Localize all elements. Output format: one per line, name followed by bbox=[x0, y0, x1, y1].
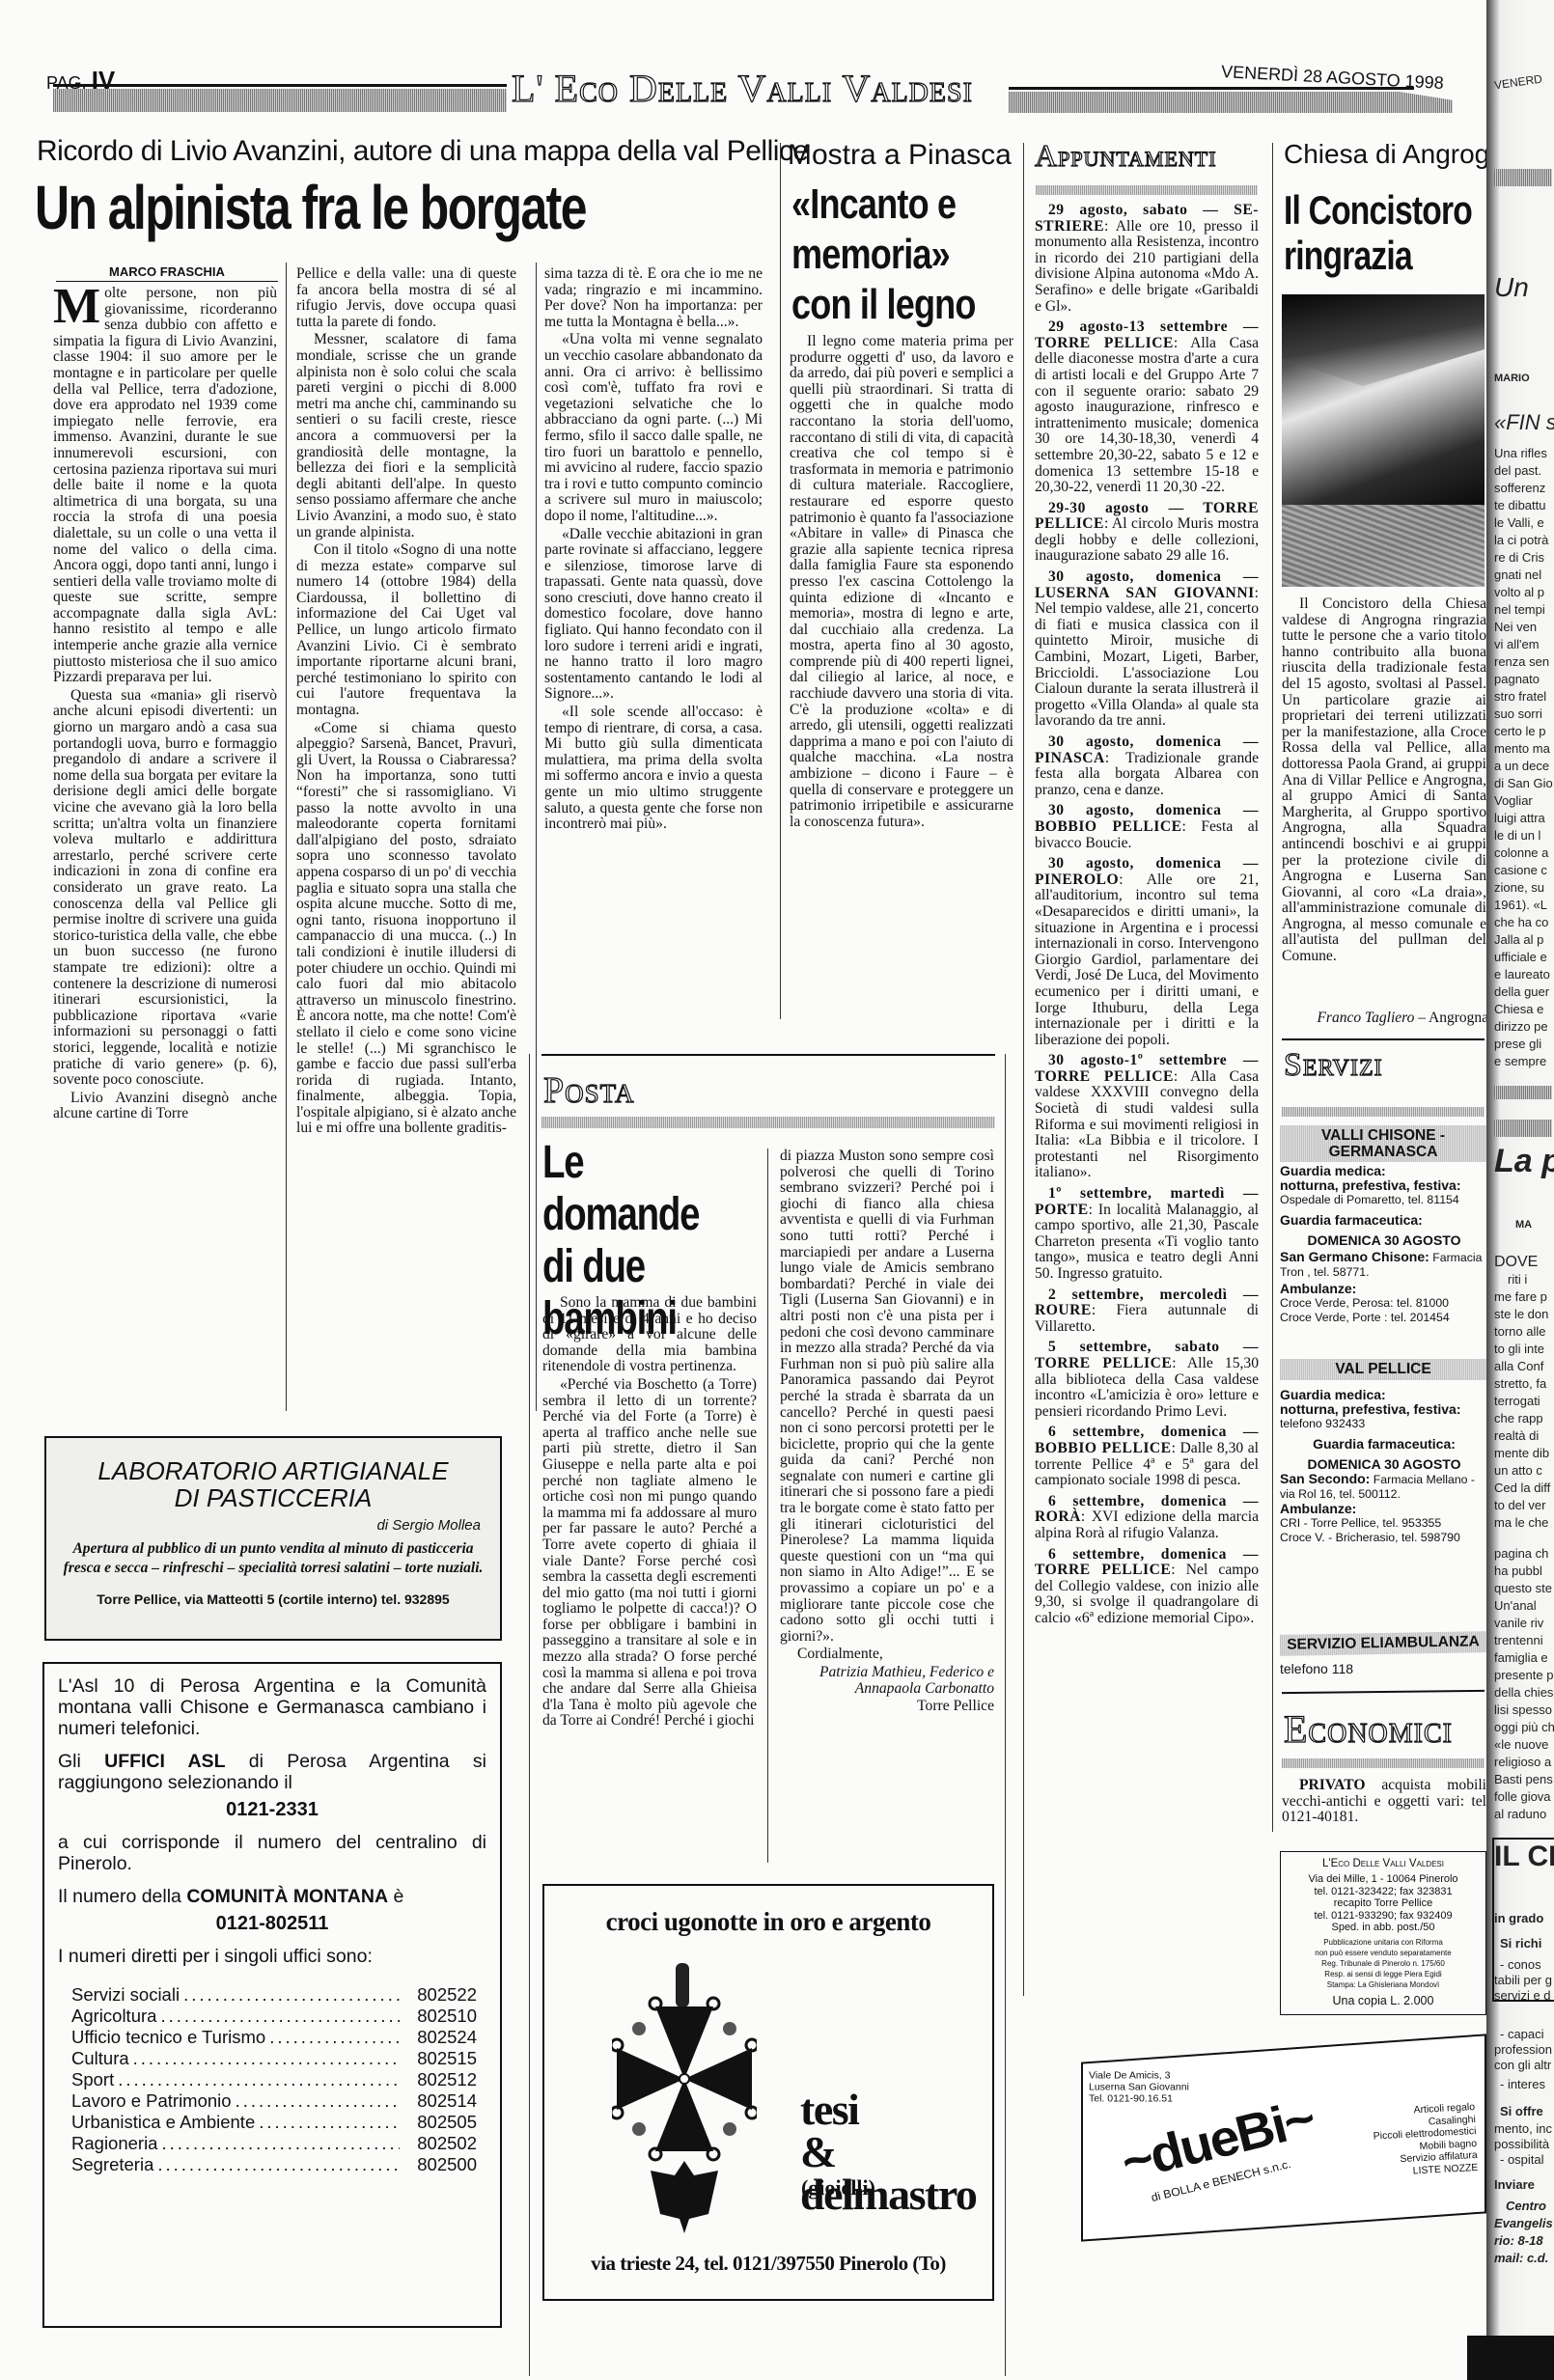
comunita-phone-number: 0121-802511 bbox=[58, 1913, 486, 1934]
section-label-appuntamenti: Appuntamenti bbox=[1035, 138, 1217, 174]
next-page-text-fragment: gnati nel bbox=[1494, 567, 1541, 582]
event-item: 30 agosto, domenica — LUSERNA SAN GIOVAN… bbox=[1035, 569, 1259, 730]
article-signature: Franco Tagliero – Angrogna bbox=[1284, 1010, 1488, 1027]
next-page-text-fragment: 1961). «L bbox=[1494, 898, 1547, 912]
value: Ospedale di Pomaretto, tel. 81154 bbox=[1280, 1193, 1488, 1207]
paragraph: Il legno come materia prima per produrre… bbox=[790, 334, 1013, 830]
next-page-text-fragment: renza sen bbox=[1494, 654, 1549, 669]
next-page-text-fragment: un atto c bbox=[1494, 1463, 1542, 1478]
article-column-3: sima tazza di tè. È ora che io me ne vad… bbox=[544, 266, 763, 1019]
directory-row: Servizi sociali.........................… bbox=[58, 1984, 486, 2006]
office-name: Cultura bbox=[71, 2048, 129, 2069]
office-name: Ufficio tecnico e Turismo bbox=[71, 2027, 265, 2048]
event-place: LUSERNA SAN GIOVANNI bbox=[1035, 585, 1255, 601]
event-item: 30 agosto, domenica — PINASCA: Tradizion… bbox=[1035, 734, 1259, 798]
signature-name: Franco Tagliero bbox=[1317, 1010, 1414, 1026]
event-item: 6 settembre, domenica — TORRE PELLICE: N… bbox=[1035, 1547, 1259, 1627]
event-place: STRIERE bbox=[1035, 218, 1104, 235]
next-page-text-fragment: Si offre bbox=[1500, 2104, 1543, 2118]
next-page-text-fragment: terrogati bbox=[1494, 1394, 1540, 1408]
ad-title: LABORATORIO ARTIGIANALE bbox=[97, 1456, 448, 1485]
next-page-text-fragment: stro fratel bbox=[1494, 689, 1546, 704]
next-page-text-fragment: alla Conf bbox=[1494, 1359, 1543, 1373]
paragraph: olte persone, non più giovanissime, rico… bbox=[53, 286, 277, 685]
label: Ambulanze: bbox=[1280, 1282, 1488, 1296]
ad-asl-phone-numbers: L'Asl 10 di Perosa Argentina e la Comuni… bbox=[42, 1662, 502, 2328]
colophon-small: Stampa: La Ghisleriana Mondovì bbox=[1281, 1979, 1485, 1990]
next-page-text-fragment: volto al p bbox=[1494, 585, 1544, 599]
next-page-byline-fragment: MA bbox=[1515, 1218, 1532, 1232]
column-divider bbox=[1023, 143, 1024, 1996]
next-page-text-fragment: Chiesa e bbox=[1494, 1002, 1543, 1016]
event-place: BOBBIO PELLICE bbox=[1035, 818, 1182, 835]
colophon-small: Reg. Tribunale di Pinerolo n. 175/60 bbox=[1281, 1958, 1485, 1969]
servizi-header-valli: VALLI CHISONE - GERMANASCA bbox=[1280, 1125, 1486, 1162]
article-column-2: Pellice e della valle: una di queste fa … bbox=[296, 266, 516, 1405]
label: Ambulanze: bbox=[1280, 1502, 1488, 1516]
text-bold: COMUNITÀ MONTANA bbox=[186, 1886, 388, 1907]
office-name: Urbanistica e Ambiente bbox=[71, 2112, 255, 2133]
next-page-text-fragment: al raduno bbox=[1494, 1807, 1546, 1821]
event-item: 30 agosto-1º settembre — TORRE PELLICE: … bbox=[1035, 1053, 1259, 1181]
next-page-text-fragment: religioso a bbox=[1494, 1755, 1551, 1769]
paragraph: «Perché via Boschetto (a Torre) sembra i… bbox=[542, 1377, 757, 1730]
next-page-text-fragment: Evangelis bbox=[1494, 2216, 1553, 2230]
office-name: Segreteria bbox=[71, 2154, 153, 2175]
notice-text: a cui corrisponde il numero del centrali… bbox=[58, 1832, 486, 1874]
value: telefono 932433 bbox=[1280, 1417, 1488, 1431]
address-line: Viale De Amicis, 3 bbox=[1089, 2069, 1189, 2081]
next-page-text-fragment: Vogliar bbox=[1494, 793, 1533, 808]
masthead-rule-left bbox=[53, 84, 507, 87]
next-page-edge: VENERD Un MARIO «FIN soc Una rifles del … bbox=[1486, 0, 1554, 2380]
next-page-text-fragment: luigi attra bbox=[1494, 811, 1545, 825]
text: Il numero della bbox=[58, 1886, 186, 1907]
event-date: 30 agosto, domenica — bbox=[1048, 568, 1259, 585]
office-number: 802522 bbox=[400, 1984, 477, 2006]
ad-owner: di Sergio Mollea bbox=[46, 1517, 500, 1534]
section-bar bbox=[541, 1117, 995, 1128]
event-date: 6 settembre, domenica — bbox=[1048, 1546, 1259, 1563]
article-body: Il Concistoro della Chiesa valdese di An… bbox=[1282, 596, 1486, 963]
ad-title: DI PASTICCERIA bbox=[175, 1483, 373, 1512]
next-page-text-fragment: suo sorri bbox=[1494, 706, 1542, 721]
office-name: Sport bbox=[71, 2069, 114, 2090]
place: San Secondo: bbox=[1280, 1471, 1370, 1486]
label: Guardia medica: bbox=[1280, 1164, 1488, 1178]
event-place: TORRE PELLICE bbox=[1035, 335, 1174, 351]
ad-brand-sub: (gioielli) bbox=[801, 2175, 875, 2200]
notice-text: I numeri diretti per i singoli uffici so… bbox=[58, 1946, 486, 1967]
article-kicker: Ricordo di Livio Avanzini, autore di una… bbox=[37, 135, 809, 168]
next-page-text-fragment: tabili per g bbox=[1494, 1973, 1552, 1987]
article-body: Il legno come materia prima per produrre… bbox=[790, 334, 1013, 1019]
column-divider bbox=[529, 1054, 530, 2376]
next-page-text-fragment: - ospital bbox=[1500, 2152, 1544, 2167]
event-place: PINASCA bbox=[1035, 750, 1105, 766]
column-divider bbox=[286, 263, 287, 1411]
event-date: 29 agosto-13 settembre — bbox=[1048, 318, 1259, 335]
section-label-servizi: Servizi bbox=[1284, 1047, 1383, 1084]
next-page-text-fragment: folle giova bbox=[1494, 1789, 1551, 1804]
event-date: 2 settembre, mercoledì — bbox=[1048, 1287, 1259, 1303]
office-name: Agricoltura bbox=[71, 2006, 156, 2027]
date: DOMENICA 30 AGOSTO bbox=[1280, 1233, 1488, 1248]
label: Guardia medica: bbox=[1280, 1388, 1488, 1402]
office-number: 802514 bbox=[400, 2090, 477, 2112]
colophon-line: Via dei Mille, 1 - 10064 Pinerolo bbox=[1281, 1873, 1485, 1886]
paragraph: Cordialmente, bbox=[780, 1647, 994, 1663]
photo-table-shape bbox=[1282, 505, 1485, 587]
event-item: 29 agosto-13 settembre — TORRE PELLICE: … bbox=[1035, 319, 1259, 496]
paragraph: Livio Avanzini disegnò anche alcune cart… bbox=[53, 1091, 277, 1122]
eliambulanza-phone: telefono 118 bbox=[1280, 1662, 1488, 1676]
event-item: 30 agosto, domenica — PINEROLO: Alle ore… bbox=[1035, 856, 1259, 1048]
next-page-text-fragment: prese gli bbox=[1494, 1037, 1541, 1051]
next-page-text-fragment: Centro bbox=[1506, 2199, 1546, 2213]
section-bar bbox=[1282, 1758, 1485, 1768]
next-page-text-fragment: te dibattu bbox=[1494, 498, 1546, 512]
event-place: BOBBIO PELLICE bbox=[1035, 1440, 1172, 1456]
office-number: 802512 bbox=[400, 2069, 477, 2090]
section-rule bbox=[541, 1054, 995, 1056]
next-page-text-fragment: lisi spesso bbox=[1494, 1702, 1552, 1717]
article-column-1: Molte persone, non più giovanissime, ric… bbox=[53, 286, 277, 1405]
ad-address: Torre Pellice, via Matteotti 5 (cortile … bbox=[46, 1591, 500, 1607]
next-page-text-fragment: to del ver bbox=[1494, 1498, 1545, 1512]
servizi-valli-block: Guardia medica: notturna, prefestiva, fe… bbox=[1280, 1164, 1488, 1325]
next-page-text-fragment: ufficiale e bbox=[1494, 950, 1547, 964]
letter-place: Torre Pellice bbox=[780, 1699, 994, 1715]
classified-lead: PRIVATO bbox=[1299, 1777, 1365, 1793]
directory-row: Lavoro e Patrimonio.....................… bbox=[58, 2090, 486, 2112]
next-page-headline-fragment: Un bbox=[1494, 280, 1529, 294]
colophon-line: tel. 0121-933290; fax 932409 bbox=[1281, 1910, 1485, 1923]
servizi-pellice-block: Guardia medica: notturna, prefestiva, fe… bbox=[1280, 1388, 1488, 1545]
colophon-line: tel. 0121-323422; fax 323831 bbox=[1281, 1886, 1485, 1898]
event-item: 29 agosto, sabato — SE- STRIERE: Alle or… bbox=[1035, 203, 1259, 315]
next-page-text-fragment: riti i bbox=[1508, 1272, 1527, 1287]
event-date: 30 agosto, domenica — bbox=[1048, 733, 1259, 750]
next-page-text-fragment: vanile riv bbox=[1494, 1616, 1543, 1630]
event-item: 6 settembre, domenica — BOBBIO PELLICE: … bbox=[1035, 1425, 1259, 1488]
next-page-text-fragment: la ci potrà bbox=[1494, 533, 1548, 547]
article-byline: MARCO FRASCHIA bbox=[56, 264, 278, 282]
next-page-text-fragment: mento, inc bbox=[1494, 2121, 1552, 2136]
value: Croce Verde, Perosa: tel. 81000 bbox=[1280, 1296, 1488, 1311]
next-page-text-fragment: profession bbox=[1494, 2042, 1552, 2057]
product-list: Articoli regalo Casalinghi Piccoli elett… bbox=[1372, 2101, 1479, 2178]
value: Croce V. - Bricherasio, tel. 598790 bbox=[1280, 1531, 1488, 1545]
event-text: : Alle ore 21, all'auditorium, incontro … bbox=[1035, 872, 1259, 1048]
colophon-box: L'Eco Delle Valli Valdesi Via dei Mille,… bbox=[1280, 1851, 1486, 2015]
paragraph: sima tazza di tè. È ora che io me ne vad… bbox=[544, 266, 763, 330]
event-item: 29-30 agosto — TORRE PELLICE: Al circolo… bbox=[1035, 501, 1259, 565]
ad-headline: croci ugonotte in oro e argento bbox=[544, 1907, 992, 1937]
paragraph: «Una volta mi venne segnalato un vecchio… bbox=[544, 332, 763, 524]
next-page-byline-fragment: MARIO bbox=[1494, 372, 1530, 386]
office-name: Ragioneria bbox=[71, 2133, 157, 2154]
paragraph: «Il sole scende all'occaso: è tempo di r… bbox=[544, 705, 763, 833]
next-page-ad-headline: IL CE bbox=[1494, 1849, 1554, 1864]
event-date: 30 agosto-1º settembre — bbox=[1048, 1052, 1259, 1068]
event-place: ROURE bbox=[1035, 1302, 1092, 1318]
office-number: 802524 bbox=[400, 2027, 477, 2048]
colophon-title: L'Eco Delle Valli Valdesi bbox=[1281, 1858, 1485, 1869]
asl-phone-number: 0121-2331 bbox=[58, 1799, 486, 1820]
festa-photo bbox=[1282, 294, 1485, 587]
next-page-text-fragment: casione c bbox=[1494, 863, 1547, 877]
event-text: : Nel tempio valdese, alle 21, concerto … bbox=[1035, 585, 1259, 730]
next-page-text-fragment: stretto, fa bbox=[1494, 1376, 1546, 1391]
servizi-header-pellice: VAL PELLICE bbox=[1280, 1359, 1486, 1380]
letter-column-2: di piazza Muston sono sempre così polver… bbox=[780, 1148, 994, 1863]
next-page-date: VENERD bbox=[1493, 72, 1543, 94]
section-bar bbox=[1036, 185, 1258, 195]
next-page-text-fragment: in grado bbox=[1494, 1911, 1543, 1925]
next-page-text-fragment: possibilità bbox=[1494, 2137, 1549, 2151]
next-page-text-fragment: - conos bbox=[1500, 1957, 1541, 1972]
text: è bbox=[388, 1886, 403, 1907]
next-page-text-fragment: rio: 8-18 bbox=[1494, 2233, 1543, 2248]
next-page-text-fragment: «le nuove bbox=[1494, 1737, 1548, 1752]
next-page-text-fragment: Un'anal bbox=[1494, 1598, 1537, 1613]
column-divider bbox=[536, 263, 537, 1411]
next-page-text-fragment: Jalla al p bbox=[1494, 932, 1543, 947]
ad-duebi-shop: Viale De Amicis, 3 Luserna San Giovanni … bbox=[1081, 2034, 1486, 2241]
event-date: 29 agosto, sabato — SE- bbox=[1048, 203, 1259, 218]
colophon-small: Resp. ai sensi di legge Piera Egidi bbox=[1281, 1969, 1485, 1979]
colophon-line: recapito Torre Pellice bbox=[1281, 1897, 1485, 1910]
event-item: 1º settembre, martedì — PORTE: In locali… bbox=[1035, 1186, 1259, 1283]
next-page-text-fragment: servizi e d bbox=[1494, 1988, 1551, 2003]
event-place: PINEROLO bbox=[1035, 872, 1119, 888]
next-page-text-fragment: mente dib bbox=[1494, 1446, 1549, 1460]
next-page-text-fragment: trentenni bbox=[1494, 1633, 1543, 1647]
event-date: 30 agosto, domenica — bbox=[1048, 855, 1259, 872]
paragraph: Messner, scalatore di fama mondiale, scr… bbox=[296, 332, 516, 540]
next-page-text-fragment: Si richi bbox=[1500, 1936, 1541, 1951]
office-number: 802505 bbox=[400, 2112, 477, 2133]
label: notturna, prefestiva, festiva: bbox=[1280, 1178, 1488, 1193]
section-bar bbox=[1494, 1120, 1552, 1137]
page-shadow bbox=[1467, 2336, 1554, 2380]
value: Croce Verde, Porte : tel. 201454 bbox=[1280, 1311, 1488, 1325]
events-list: 29 agosto, sabato — SE- STRIERE: Alle or… bbox=[1035, 203, 1259, 1892]
office-number: 802502 bbox=[400, 2133, 477, 2154]
huguenot-cross-icon bbox=[612, 1963, 757, 2233]
next-page-text-fragment: pagnato bbox=[1494, 672, 1540, 686]
value: CRI - Torre Pellice, tel. 953355 bbox=[1280, 1516, 1488, 1531]
next-page-text-fragment: ste le don bbox=[1494, 1307, 1548, 1321]
text-bold: UFFICI ASL bbox=[104, 1751, 225, 1772]
article-headline: «Incanto e memoria» con il legno bbox=[791, 180, 997, 330]
next-page-text-fragment: vi all'em bbox=[1494, 637, 1540, 651]
next-page-text-fragment: mail: c.d. bbox=[1494, 2251, 1548, 2265]
directory-row: Agricoltura.............................… bbox=[58, 2006, 486, 2027]
colophon-line: Sped. in abb. post./50 bbox=[1281, 1922, 1485, 1934]
address-line: Tel. 0121-90.16.51 bbox=[1089, 2092, 1189, 2104]
article-headline: Un alpinista fra le borgate bbox=[35, 172, 586, 243]
next-page-text-fragment: nel tempi bbox=[1494, 602, 1545, 617]
next-page-text-fragment: me fare p bbox=[1494, 1289, 1547, 1304]
next-page-text-fragment: colonne a bbox=[1494, 845, 1548, 860]
next-page-text-fragment: questo ste bbox=[1494, 1581, 1552, 1595]
event-date: 6 settembre, domenica — bbox=[1048, 1424, 1259, 1440]
event-text: : Alla Casa delle diaconesse mostra d'ar… bbox=[1035, 335, 1259, 495]
next-page-text-fragment: che ha co bbox=[1494, 915, 1548, 929]
paragraph: Pellice e della valle: una di queste fa … bbox=[296, 266, 516, 330]
directory-row: Ufficio tecnico e Turismo...............… bbox=[58, 2027, 486, 2048]
next-page-text-fragment: del past. bbox=[1494, 463, 1541, 478]
next-page-text-fragment: realtà di bbox=[1494, 1428, 1539, 1443]
next-page-text-fragment: della chies bbox=[1494, 1685, 1553, 1700]
section-rule bbox=[1282, 1690, 1485, 1694]
next-page-text-fragment: dirizzo pe bbox=[1494, 1019, 1548, 1034]
event-place: PORTE bbox=[1035, 1202, 1089, 1218]
article-kicker: Chiesa di Angrogna bbox=[1284, 139, 1519, 170]
ad-pasticceria: LABORATORIO ARTIGIANALEDI PASTICCERIA di… bbox=[44, 1436, 502, 1641]
paragraph: Questa sua «mania» gli riservò anche alc… bbox=[53, 688, 277, 1089]
office-name: Servizi sociali bbox=[71, 1984, 180, 2006]
text: Gli bbox=[58, 1751, 104, 1772]
event-date: 5 settembre, sabato — bbox=[1048, 1339, 1259, 1355]
label: Guardia farmaceutica: bbox=[1280, 1437, 1488, 1452]
next-page-text-fragment: famiglia e bbox=[1494, 1650, 1548, 1665]
directory-row: Cultura.................................… bbox=[58, 2048, 486, 2069]
column-divider bbox=[780, 143, 781, 1019]
section-label-economici: Economici bbox=[1284, 1706, 1453, 1752]
article-kicker: Mostra a Pinasca bbox=[788, 139, 1012, 172]
next-page-text-fragment: DOVE bbox=[1494, 1255, 1538, 1269]
ad-address: via trieste 24, tel. 0121/397550 Pinerol… bbox=[544, 2252, 992, 2276]
event-item: 2 settembre, mercoledì — ROURE: Fiera au… bbox=[1035, 1287, 1259, 1336]
paragraph: Sono la mamma di due bambini di 11 mesi … bbox=[542, 1295, 757, 1375]
next-page-text-fragment: Ced la diff bbox=[1494, 1481, 1550, 1495]
section-rule bbox=[1282, 1038, 1485, 1040]
event-item: 6 settembre, domenica — RORÀ: XVI edizio… bbox=[1035, 1494, 1259, 1542]
next-page-text-fragment: torno alle bbox=[1494, 1324, 1545, 1339]
next-page-text-fragment: Basti pens bbox=[1494, 1772, 1553, 1786]
paragraph: «Dalle vecchie abitazioni in gran parte … bbox=[544, 527, 763, 704]
next-page-text-fragment: oggi più ch bbox=[1494, 1720, 1554, 1734]
address-line: Luserna San Giovanni bbox=[1089, 2081, 1189, 2092]
event-date: 29-30 agosto — bbox=[1048, 500, 1184, 516]
column-divider bbox=[767, 1148, 768, 1863]
masthead-hatch-right bbox=[1009, 92, 1453, 113]
next-page-text-fragment: le Valli, e bbox=[1494, 515, 1544, 530]
next-page-text-fragment: ha pubbl bbox=[1494, 1564, 1542, 1578]
paragraph: Il Concistoro della Chiesa valdese di An… bbox=[1282, 596, 1486, 963]
newspaper-title: L' Eco Delle Valli Valdesi bbox=[512, 66, 973, 111]
directory-row: Segreteria..............................… bbox=[58, 2154, 486, 2175]
event-date: 1º settembre, martedì — bbox=[1048, 1185, 1259, 1202]
next-page-text-fragment: zione, su bbox=[1494, 880, 1544, 895]
label: notturna, prefestiva, festiva: bbox=[1280, 1402, 1488, 1417]
classified-ad: PRIVATO acquista mobili vecchi-antichi e… bbox=[1282, 1778, 1486, 1828]
event-place: TORRE PELLICE bbox=[1035, 1355, 1172, 1371]
event-date: 6 settembre, domenica — bbox=[1048, 1493, 1259, 1509]
next-page-text-fragment: pagina ch bbox=[1494, 1546, 1548, 1561]
office-number: 802510 bbox=[400, 2006, 477, 2027]
next-page-headline-fragment: La pr bbox=[1494, 1154, 1554, 1169]
event-item: 30 agosto, domenica — BOBBIO PELLICE: Fe… bbox=[1035, 803, 1259, 851]
paragraph: di piazza Muston sono sempre così polver… bbox=[780, 1148, 994, 1645]
next-page-text-fragment: «FIN soc bbox=[1494, 415, 1554, 429]
office-number: 802515 bbox=[400, 2048, 477, 2069]
copy-price: Una copia L. 2.000 bbox=[1281, 1994, 1485, 2007]
office-name: Lavoro e Patrimonio bbox=[71, 2090, 232, 2112]
event-place: TORRE PELLICE bbox=[1035, 1562, 1171, 1578]
column-divider bbox=[1005, 1054, 1006, 2376]
next-page-text-fragment: mento ma bbox=[1494, 741, 1550, 756]
next-page-text-fragment: Nei ven bbox=[1494, 620, 1537, 634]
label: Guardia farmaceutica: bbox=[1280, 1213, 1488, 1228]
section-label-posta: Posta bbox=[543, 1069, 634, 1112]
photo-tent-shape bbox=[1282, 294, 1485, 386]
event-date: 30 agosto, domenica — bbox=[1048, 802, 1259, 818]
paragraph: Con il titolo «Sogno di una notte di mez… bbox=[296, 542, 516, 719]
next-page-text-fragment: - interes bbox=[1500, 2077, 1545, 2091]
section-bar bbox=[1282, 1107, 1485, 1117]
next-page-text-fragment: che rapp bbox=[1494, 1411, 1543, 1425]
next-page-text-fragment: Una rifles bbox=[1494, 446, 1547, 460]
directory-row: Ragioneria..............................… bbox=[58, 2133, 486, 2154]
next-page-text-fragment: e sempre bbox=[1494, 1054, 1546, 1068]
office-number: 802500 bbox=[400, 2154, 477, 2175]
masthead-hatch-left bbox=[53, 89, 507, 112]
next-page-text-fragment: con gli altr bbox=[1494, 2058, 1551, 2072]
event-place: RORÀ bbox=[1035, 1508, 1081, 1525]
date: DOMENICA 30 AGOSTO bbox=[1280, 1457, 1488, 1472]
servizi-header-eliambulanza: SERVIZIO ELIAMBULANZA bbox=[1280, 1631, 1486, 1656]
ad-description: Apertura al pubblico di un punto vendita… bbox=[46, 1539, 500, 1578]
letter-column-1: Sono la mamma di due bambini di 11 mesi … bbox=[542, 1295, 757, 1853]
notice-intro: L'Asl 10 di Perosa Argentina e la Comuni… bbox=[58, 1675, 486, 1739]
next-page-text-fragment: a un dece bbox=[1494, 759, 1549, 773]
article-headline: Il Concistoro ringrazia bbox=[1284, 187, 1485, 278]
paragraph: «Come si chiama questo alpeggio? Sarsenà… bbox=[296, 721, 516, 1137]
next-page-text-fragment: certo le p bbox=[1494, 724, 1545, 738]
column-divider bbox=[1272, 143, 1273, 1832]
directory-row: Sport...................................… bbox=[58, 2069, 486, 2090]
next-page-text-fragment: - capaci bbox=[1500, 2027, 1544, 2041]
letter-signature: Patrizia Mathieu, Federico e Annapaola C… bbox=[780, 1665, 994, 1697]
ad-brand: & delmastro bbox=[800, 2127, 976, 2219]
next-page-text-fragment: sofferenz bbox=[1494, 481, 1545, 495]
colophon-small: non può essere venduto separatamente bbox=[1281, 1948, 1485, 1958]
next-page-text-fragment: di San Gio bbox=[1494, 776, 1553, 790]
next-page-text-fragment: Inviare bbox=[1494, 2177, 1535, 2192]
directory-row: Urbanistica e Ambiente..................… bbox=[58, 2112, 486, 2133]
next-page-text-fragment: re di Cris bbox=[1494, 550, 1544, 565]
event-item: 5 settembre, sabato — TORRE PELLICE: All… bbox=[1035, 1340, 1259, 1420]
next-page-text-fragment: ma le che bbox=[1494, 1515, 1548, 1530]
next-page-text-fragment: presente p bbox=[1494, 1668, 1553, 1682]
next-page-text-fragment: to gli inte bbox=[1494, 1342, 1544, 1356]
place: San Germano Chisone: bbox=[1280, 1249, 1429, 1264]
ad-address: Viale De Amicis, 3 Luserna San Giovanni … bbox=[1089, 2069, 1189, 2104]
ad-jeweller: croci ugonotte in oro e argento tesi& de… bbox=[542, 1884, 994, 2301]
signature-place: – Angrogna bbox=[1418, 1010, 1488, 1026]
next-page-text-fragment: della guer bbox=[1494, 984, 1549, 999]
colophon-small: Pubblicazione unitaria con Riforma bbox=[1281, 1937, 1485, 1948]
event-text: : Alla Casa valdese XXXVIII convegno del… bbox=[1035, 1068, 1259, 1181]
next-page-text-fragment: le di un l bbox=[1494, 828, 1540, 843]
event-place: TORRE PELLICE bbox=[1035, 1068, 1174, 1085]
next-page-text-fragment: e laureato bbox=[1494, 967, 1550, 982]
drop-cap: M bbox=[53, 288, 100, 326]
